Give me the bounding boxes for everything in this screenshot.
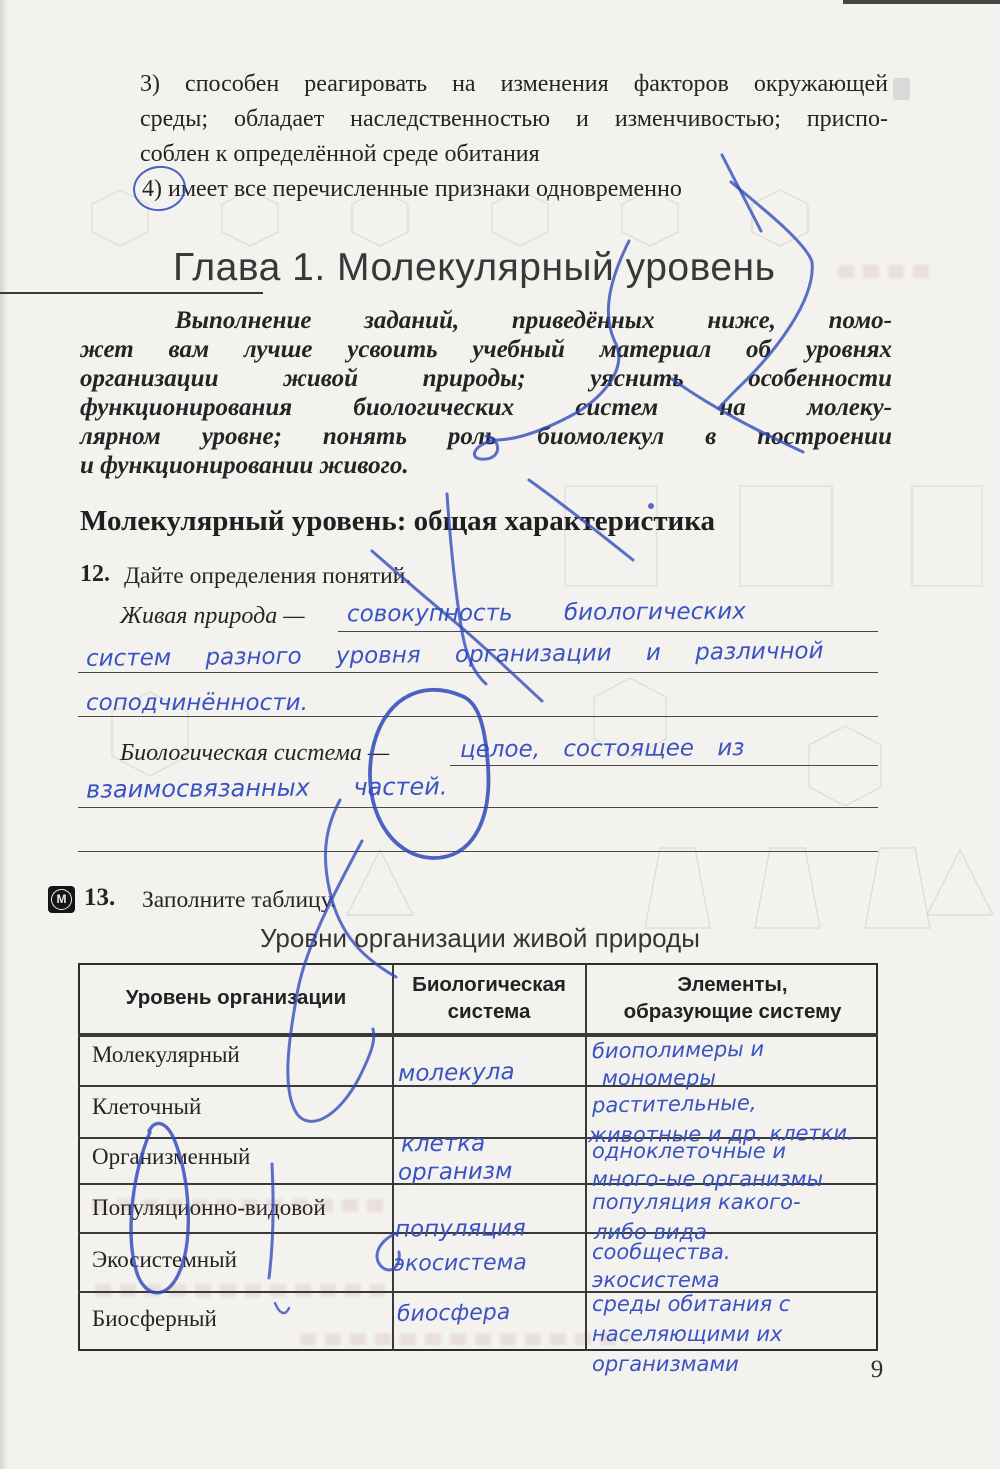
scanned-workbook-page: 3) способен реагировать на изменения фак… — [0, 0, 1000, 1469]
handwritten-elements: экосистема — [592, 1268, 720, 1292]
handwritten-elements: населяющими их — [592, 1322, 782, 1346]
answer-underline — [78, 807, 878, 808]
term1-label: Живая природа — — [120, 603, 305, 630]
handwritten-elements: биополимеры и — [592, 1037, 764, 1063]
handwritten-elements: популяция какого- — [592, 1190, 801, 1214]
bleed-badge-artifact — [893, 78, 910, 100]
lead-line-2: жет вам лучше усвоить учебный материал о… — [80, 336, 892, 364]
handwritten-elements: сообщества. — [592, 1240, 731, 1264]
answer-underline — [78, 716, 878, 717]
term2-answer-line2: взаимосвязанных частей. — [86, 772, 448, 803]
option4-pen-circle — [130, 163, 188, 214]
table-header-elements-line2: образующие систему — [590, 1000, 875, 1024]
table-column-divider — [585, 963, 587, 1351]
intro-line-3: соблен к определённой среде обитания — [140, 141, 888, 168]
lead-line-1: Выполнение заданий, приведённых ниже, по… — [80, 307, 892, 335]
table-row-label: Организменный — [92, 1144, 250, 1170]
lead-line-5: лярном уровне; понять роль биомолекул в … — [80, 423, 892, 451]
task13-prompt: Заполните таблицу. — [142, 887, 336, 914]
page-number: 9 — [862, 1356, 892, 1384]
chapter-underline — [0, 292, 263, 294]
handwritten-elements: растительные, — [592, 1091, 757, 1118]
intro-line-2: среды; обладает наследственностью и изме… — [140, 106, 888, 133]
table-row-label: Клеточный — [92, 1094, 201, 1120]
task13-number: 13. — [84, 884, 115, 912]
handwritten-elements: организмами — [592, 1352, 739, 1376]
scan-edge-shadow-left — [0, 0, 8, 1469]
task12-number: 12. — [80, 561, 110, 588]
table-row-label: Популяционно-видовой — [92, 1195, 326, 1221]
term1-answer-line3: соподчинённости. — [86, 690, 308, 716]
handwritten-elements: мономеры — [602, 1066, 716, 1090]
task12-prompt: Дайте определения понятий. — [124, 563, 411, 590]
lead-line-4: функционирования биологических систем на… — [80, 394, 892, 422]
handwritten-elements: среды обитания с — [592, 1292, 790, 1316]
term2-label: Биологическая система — — [120, 740, 389, 767]
table-column-divider — [392, 963, 394, 1351]
handwritten-system: молекула — [398, 1059, 515, 1087]
handwritten-system: экосистема — [393, 1250, 527, 1276]
term1-answer-line1: совокупность биологических — [347, 599, 746, 628]
table-row-label: Биосферный — [92, 1306, 217, 1332]
lead-line-3: организации живой природы; уяснить особе… — [80, 365, 892, 393]
bleed-text-artifact — [838, 265, 930, 278]
answer-underline-empty — [78, 851, 878, 852]
answer-underline — [450, 765, 878, 766]
term1-answer-line2: систем разного уровня организации и разл… — [86, 638, 824, 672]
intro-line-4: 4) имеет все перечисленные признаки одно… — [142, 176, 682, 203]
chapter-heading: Глава 1. Молекулярный уровень — [173, 246, 775, 290]
table-row-label: Экосистемный — [92, 1247, 237, 1273]
handwritten-elements: одноклеточные и — [592, 1139, 786, 1163]
table-header-level: Уровень организации — [90, 986, 382, 1010]
answer-underline — [78, 672, 878, 673]
section-heading: Молекулярный уровень: общая характеристи… — [80, 505, 715, 538]
table-header-elements-line1: Элементы, — [590, 973, 875, 997]
handwritten-system: биосфера — [397, 1300, 511, 1327]
handwritten-system: популяция — [395, 1215, 526, 1242]
lead-line-6: и функционировании живого. — [80, 452, 409, 480]
term2-answer-line1: целое, состоящее из — [460, 735, 745, 763]
handwritten-system: организм — [398, 1158, 513, 1186]
task13-methodology-badge: М — [48, 886, 75, 913]
table-header-system-line1: Биологическая — [395, 973, 583, 997]
table-title: Уровни организации живой природы — [180, 923, 780, 954]
m-circle-icon: М — [51, 889, 72, 910]
table-row-label: Молекулярный — [92, 1042, 240, 1068]
option4-text: имеет все перечисленные признаки одновре… — [168, 176, 682, 202]
handwritten-system: клетка — [401, 1131, 485, 1158]
intro-line-1: 3) способен реагировать на изменения фак… — [140, 71, 888, 98]
scan-edge-sliver-top — [843, 0, 1000, 4]
table-header-system-line2: система — [395, 1000, 583, 1024]
handwritten-elements: много-ые организмы — [592, 1167, 823, 1191]
answer-underline — [338, 631, 878, 632]
